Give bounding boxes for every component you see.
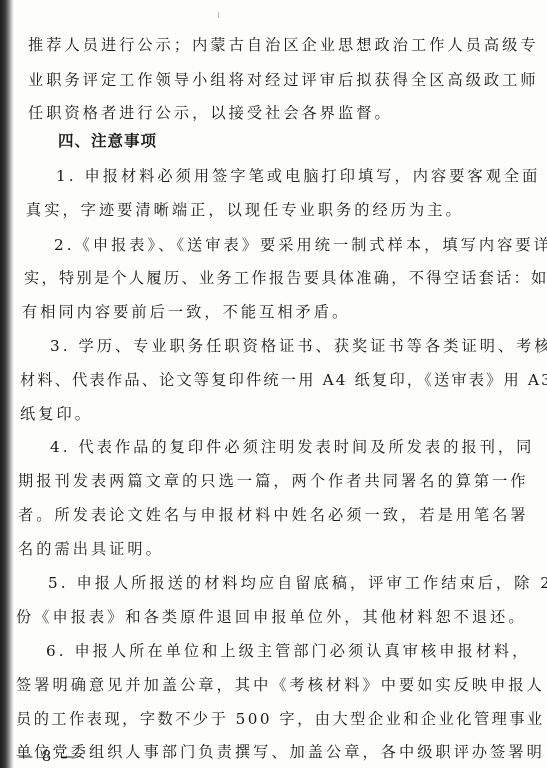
paragraph-line: 1. 申报材料必须用签字笔或电脑打印填写，内容要客观全面 [56,166,547,186]
paragraph-line: 推荐人员进行公示；内蒙古自治区企业思想政治工作人员高级专 [28,35,547,55]
paragraph-line: 有相同内容要前后一致，不能互相矛盾。 [22,302,547,322]
paragraph-line: 3. 学历、专业职务任职资格证书、获奖证书等各类证明、考核 [50,336,547,356]
paragraph-line: 员的工作表现，字数不少于 500 字，由大型企业和企业化管理事业 [16,709,547,729]
paragraph-line: 6. 申报人所在单位和上级主管部门必须认真审核申报材料， [46,641,547,661]
paragraph-line: 2.《申报表》、《送审表》要采用统一制式样本，填写内容要详 [54,235,547,255]
paragraph-line: 份《申报表》和各类原件退回申报单位外，其他材料恕不退还。 [16,607,547,627]
paragraph-line: 真实，字迹要清晰端正，以现任专业职务的经历为主。 [26,200,547,220]
section-heading: 四、注意事项 [58,131,547,151]
paragraph-line: 材料、代表作品、论文等复印件统一用 A4 纸复印，《送审表》用 A3 [20,370,547,390]
paragraph-line: 5. 申报人所报送的材料均应自留底稿，评审工作结束后，除 2 [48,573,547,593]
paragraph-line: 单位党委组织人事部门负责撰写、加盖公章，各中级职评办签署明 [16,742,547,762]
paragraph-line: 任职资格者进行公示，以接受社会各界监督。 [28,103,547,123]
paragraph-line: 纸复印。 [20,404,547,424]
page-number: — 8 — [18,747,77,765]
paragraph-line: 期报刊发表两篇文章的只选一篇，两个作者共同署名的算第一作 [18,471,547,491]
paragraph-line: 实，特别是个人履历、业务工作报告要具体准确，不得空话套话：如 [24,268,547,288]
paragraph-line: 4. 代表作品的复印件必须注明发表时间及所发表的报刊，同 [50,437,547,457]
document-page: 推荐人员进行公示；内蒙古自治区企业思想政治工作人员高级专 业职务评定工作领导小组… [0,0,547,768]
paragraph-line: 签署明确意见并加盖公章，其中《考核材料》中要如实反映申报人 [16,675,547,695]
paragraph-line: 名的需出具证明。 [18,539,547,559]
paragraph-line: 者。所发表论文姓名与申报材料中姓名必须一致，若是用笔名署 [18,505,547,525]
paragraph-line: 业职务评定工作领导小组将对经过评审后拟获得全区高级政工师 [28,70,547,90]
